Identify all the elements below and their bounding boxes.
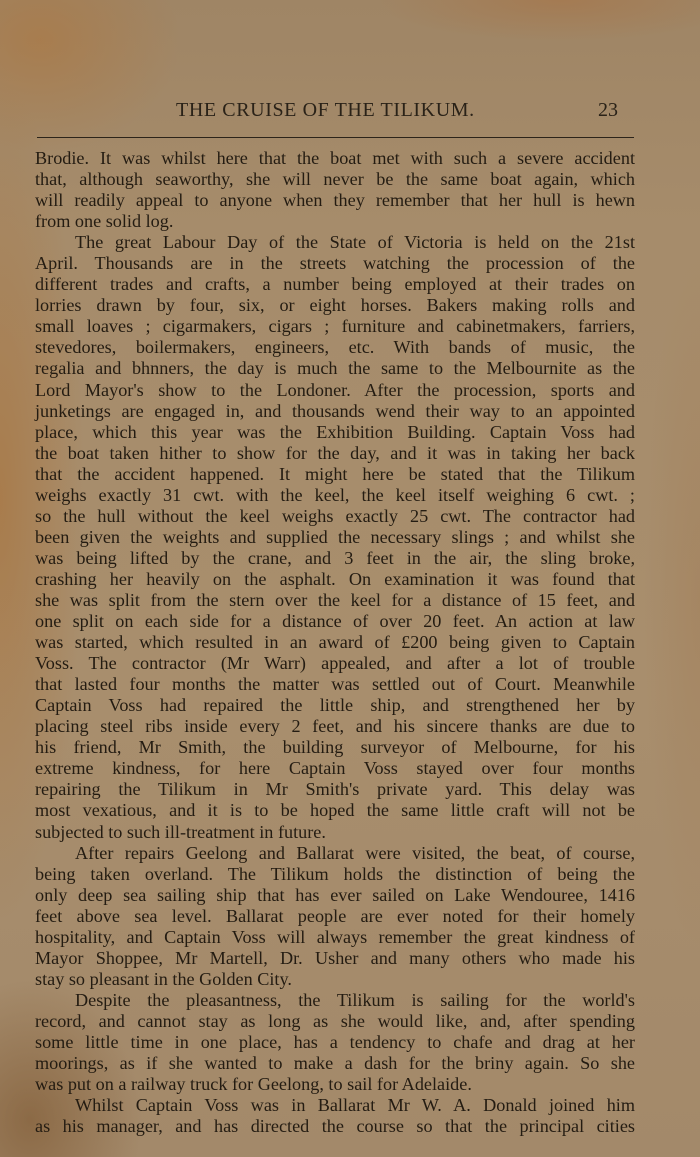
text-line: one split on each side for a distance of…	[35, 611, 635, 632]
text-line: weighs exactly 31 cwt. with the keel, th…	[35, 485, 635, 506]
text-line: moorings, as if she wanted to make a das…	[35, 1053, 635, 1074]
body-text: Brodie. It was whilst here that the boat…	[35, 148, 635, 1137]
page-number: 23	[598, 99, 618, 122]
text-line: was started, which resulted in an award …	[35, 632, 635, 653]
text-line: Brodie. It was whilst here that the boat…	[35, 148, 635, 169]
text-line: placing steel ribs inside every 2 feet, …	[35, 716, 635, 737]
book-page: THE CRUISE OF THE TILIKUM. 23 Brodie. It…	[0, 0, 700, 1157]
paragraph: Brodie. It was whilst here that the boat…	[35, 148, 635, 232]
text-line: different trades and crafts, a number be…	[35, 274, 635, 295]
running-title: THE CRUISE OF THE TILIKUM.	[176, 99, 475, 122]
text-line: record, and cannot stay as long as she w…	[35, 1011, 635, 1032]
text-line: was being lifted by the crane, and 3 fee…	[35, 548, 635, 569]
text-line: as his manager, and has directed the cou…	[35, 1116, 635, 1137]
text-line: lorries drawn by four, six, or eight hor…	[35, 295, 635, 316]
header-rule	[37, 137, 634, 138]
text-line: stay so pleasant in the Golden City.	[35, 969, 635, 990]
text-line: will readily appeal to anyone when they …	[35, 190, 635, 211]
text-line: hospitality, and Captain Voss will alway…	[35, 927, 635, 948]
text-line: so the hull without the keel weighs exac…	[35, 506, 635, 527]
paragraph: The great Labour Day of the State of Vic…	[35, 232, 635, 842]
text-line: feet above sea level. Ballarat people ar…	[35, 906, 635, 927]
text-line: extreme kindness, for here Captain Voss …	[35, 758, 635, 779]
text-line: been given the weights and supplied the …	[35, 527, 635, 548]
text-line: that, although seaworthy, she will never…	[35, 169, 635, 190]
text-line: that lasted four months the matter was s…	[35, 674, 635, 695]
text-line: being taken overland. The Tilikum holds …	[35, 864, 635, 885]
paragraph: Whilst Captain Voss was in Ballarat Mr W…	[35, 1095, 635, 1137]
text-line: some little time in one place, has a ten…	[35, 1032, 635, 1053]
text-line: she was split from the stern over the ke…	[35, 590, 635, 611]
text-line: Whilst Captain Voss was in Ballarat Mr W…	[35, 1095, 635, 1116]
text-line: was put on a railway truck for Geelong, …	[35, 1074, 635, 1095]
text-line: place, which this year was the Exhibitio…	[35, 422, 635, 443]
text-line: April. Thousands are in the streets watc…	[35, 253, 635, 274]
text-line: After repairs Geelong and Ballarat were …	[35, 843, 635, 864]
text-line: only deep sea sailing ship that has ever…	[35, 885, 635, 906]
text-line: stevedores, boilermakers, engineers, etc…	[35, 337, 635, 358]
text-line: most vexatious, and it is to be hoped th…	[35, 800, 635, 821]
text-line: his friend, Mr Smith, the building surve…	[35, 737, 635, 758]
text-line: junketings are engaged in, and thousands…	[35, 401, 635, 422]
page-header: THE CRUISE OF THE TILIKUM. 23	[36, 99, 634, 125]
text-line: The great Labour Day of the State of Vic…	[35, 232, 635, 253]
text-line: regalia and bhnners, the day is much the…	[35, 358, 635, 379]
text-line: the boat taken hither to show for the da…	[35, 443, 635, 464]
text-line: Captain Voss had repaired the little shi…	[35, 695, 635, 716]
text-line: Voss. The contractor (Mr Warr) appealed,…	[35, 653, 635, 674]
text-line: that the accident happened. It might her…	[35, 464, 635, 485]
text-line: Despite the pleasantness, the Tilikum is…	[35, 990, 635, 1011]
text-line: from one solid log.	[35, 211, 635, 232]
text-line: small loaves ; cigarmakers, cigars ; fur…	[35, 316, 635, 337]
text-line: Mayor Shoppee, Mr Martell, Dr. Usher and…	[35, 948, 635, 969]
paragraph: Despite the pleasantness, the Tilikum is…	[35, 990, 635, 1095]
paragraph: After repairs Geelong and Ballarat were …	[35, 843, 635, 990]
text-line: repairing the Tilikum in Mr Smith's priv…	[35, 779, 635, 800]
text-line: Lord Mayor's show to the Londoner. After…	[35, 380, 635, 401]
text-line: subjected to such ill-treatment in futur…	[35, 822, 635, 843]
text-line: crashing her heavily on the asphalt. On …	[35, 569, 635, 590]
